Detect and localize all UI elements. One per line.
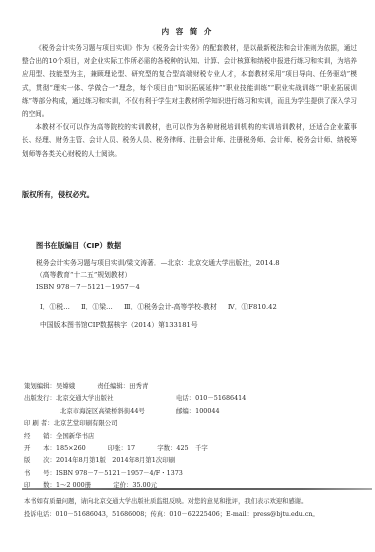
- sheets-label: 印张：: [108, 444, 127, 452]
- publisher-label: 出版发行：: [24, 394, 56, 402]
- summary-body: 《税务会计实务习题与项目实训》作为《税务会计实务》的配套教材，是以最新税法和会计…: [22, 42, 357, 161]
- cip-class-item: Ⅳ．①F810.42: [228, 303, 277, 311]
- cip-record: 税务会计实务习题与项目实训/梁文涛著．—北京：北京交通大学出版社，2014.8 …: [36, 258, 356, 293]
- postcode-label: 邮编：: [176, 407, 195, 415]
- book-number-label: 书 号：: [24, 469, 56, 477]
- footer-divider: [22, 488, 372, 490]
- responsible-editor: 田秀青: [129, 382, 148, 390]
- words-label: 字数：: [157, 444, 176, 452]
- phone: 010－51686414: [195, 394, 246, 402]
- cip-class-item: Ⅲ．①税务会计-高等学校-教材: [124, 303, 217, 311]
- cip-heading: 图书在版编目（CIP）数据: [36, 241, 121, 251]
- imprint-print-run-row: 印 数：1～2 000册 定价：35.00元: [24, 479, 354, 491]
- planning-editor-label: 策划编辑：: [24, 382, 56, 390]
- cip-series-line: （高等教育“十二五”规划教材）: [36, 270, 356, 282]
- responsible-editor-label: 责任编辑：: [97, 382, 129, 390]
- book-number: ISBN 978－7－5121－1957－4/F・1373: [56, 469, 183, 477]
- planning-editor: 吴嫦娥: [56, 382, 75, 390]
- edition-label: 版 次：: [24, 456, 56, 464]
- printer: 北京艺堂印刷有限公司: [54, 419, 118, 427]
- distributor-label: 经 销：: [24, 432, 56, 440]
- copyright-notice: 版权所有，侵权必究。: [22, 190, 94, 200]
- publisher-address: 北京市海淀区高梁桥斜街44号: [60, 407, 145, 415]
- cip-title-line: 税务会计实务习题与项目实训/梁文涛著．—北京：北京交通大学出版社，2014.8: [36, 258, 356, 270]
- format: 185×260: [56, 444, 86, 452]
- summary-paragraph: 本教材不仅可以作为高等院校的实训教材，也可以作为各种财税培训机构的实训培训教材，…: [22, 121, 357, 161]
- quality-notice: 本书如有质量问题，请向北京交通大学出版社质监组反映。对您的意见和批评，我们表示欢…: [24, 496, 369, 521]
- cip-class-item: Ⅰ．①税…: [40, 303, 70, 311]
- summary-title: 内 容 简 介: [0, 26, 375, 37]
- imprint-editors-row: 策划编辑：吴嫦娥 责任编辑：田秀青: [24, 380, 354, 392]
- word-count: 425 千字: [176, 444, 207, 452]
- imprint-edition-row: 版 次：2014年8月第1版 2014年8月第1次印刷: [24, 454, 354, 466]
- imprint-publisher-row: 出版发行：北京交通大学出版社 电话：010－51686414: [24, 392, 354, 404]
- imprint-address-row: 北京市海淀区高梁桥斜街44号 邮编：100044: [24, 405, 354, 417]
- postcode: 100044: [195, 407, 219, 415]
- summary-paragraph: 《税务会计实务习题与项目实训》作为《税务会计实务》的配套教材，是以最新税法和会计…: [22, 42, 357, 121]
- phone-label: 电话：: [176, 394, 195, 402]
- printer-label: 印 刷 者：: [24, 419, 54, 427]
- cip-check-number: 中国版本图书馆CIP数据核字（2014）第133181号: [40, 319, 198, 329]
- imprint-book-number-row: 书 号：ISBN 978－7－5121－1957－4/F・1373: [24, 467, 354, 479]
- sheets: 17: [127, 444, 135, 452]
- cip-classification: Ⅰ．①税… Ⅱ．①梁… Ⅲ．①税务会计-高等学校-教材 Ⅳ．①F810.42: [40, 301, 360, 311]
- cip-isbn-line: ISBN 978－7－5121－1957－4: [36, 282, 356, 294]
- imprint-block: 策划编辑：吴嫦娥 责任编辑：田秀青 出版发行：北京交通大学出版社 电话：010－…: [24, 380, 354, 492]
- distributor: 全国新华书店: [56, 432, 94, 440]
- publisher: 北京交通大学出版社: [56, 394, 114, 402]
- edition: 2014年8月第1版 2014年8月第1次印刷: [56, 456, 175, 464]
- cip-class-item: Ⅱ．①梁…: [81, 303, 113, 311]
- imprint-printer-row: 印 刷 者：北京艺堂印刷有限公司: [24, 417, 354, 429]
- quality-notice-line: 本书如有质量问题，请向北京交通大学出版社质监组反映。对您的意见和批评，我们表示欢…: [24, 496, 369, 509]
- imprint-distributor-row: 经 销：全国新华书店: [24, 430, 354, 442]
- contact-line: 投诉电话：010－51686043，51686008；传真：010－622254…: [24, 509, 369, 522]
- imprint-format-row: 开 本：185×260 印张：17 字数：425 千字: [24, 442, 354, 454]
- format-label: 开 本：: [24, 444, 56, 452]
